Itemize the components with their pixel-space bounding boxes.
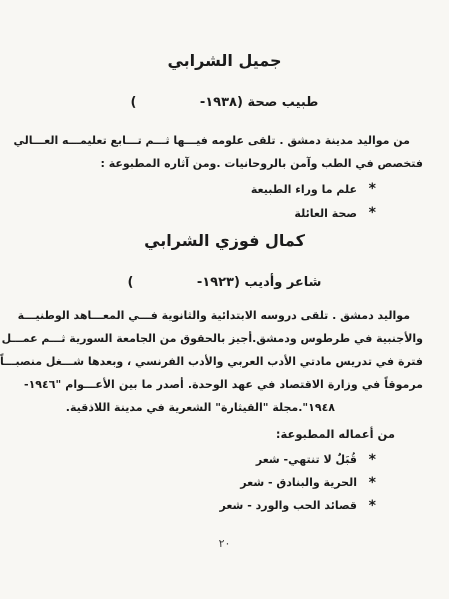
entry1-bio-paragraph: من مواليد مدينة دمشق . تلقى علومه فيـــه… xyxy=(24,129,423,175)
asterisk-bullet-icon: * xyxy=(368,478,376,488)
bio-line: والأجنبية في طرطوس ودمشق.أجيز بالحقوق من… xyxy=(24,327,423,350)
entry1-name: جميل الشرابي xyxy=(0,0,449,72)
bio-line: فتخصص في الطب وآمن بالروحانيات .ومن آثار… xyxy=(24,152,423,175)
work-title: علم ما وراء الطبيعة xyxy=(251,183,357,196)
work-title: الحرية والبنادق - شعر xyxy=(240,476,357,489)
work-item: * قصائد الحب والورد - شعر xyxy=(0,494,376,517)
work-item: * علم ما وراء الطبيعة xyxy=(0,177,376,201)
entry1-role-years: طبيب صحة (١٩٣٨- ) xyxy=(0,94,449,112)
entry2-works-intro: من أعماله المطبوعة: xyxy=(0,425,395,443)
scanned-book-page: جميل الشرابي طبيب صحة (١٩٣٨- ) من مواليد… xyxy=(0,0,449,599)
work-item: * صحة العائلة xyxy=(0,201,376,225)
entry2-name: كمال فوزي الشرابي xyxy=(0,230,449,252)
work-title: قصائد الحب والورد - شعر xyxy=(220,499,358,512)
page-number: ٢٠ xyxy=(0,537,449,550)
asterisk-bullet-icon: * xyxy=(368,501,376,511)
bio-line: من مواليد مدينة دمشق . تلقى علومه فيـــه… xyxy=(24,129,423,152)
work-item: * الحرية والبنادق - شعر xyxy=(0,471,376,494)
entry2-works-list: * قُبَلٌ لا تنتهي- شعر * الحرية والبنادق… xyxy=(0,448,376,517)
work-item: * قُبَلٌ لا تنتهي- شعر xyxy=(0,448,376,471)
bio-line: مرموقاً في وزارة الاقتصاد في عهد الوحدة.… xyxy=(24,373,423,396)
asterisk-bullet-icon: * xyxy=(368,184,376,194)
bio-line: ١٩٤٨".مجلة "القيثارة" الشعرية في مدينة ا… xyxy=(24,396,423,419)
asterisk-bullet-icon: * xyxy=(368,208,376,218)
bio-line: مواليد دمشق . تلقى دروسه الابتدائية والث… xyxy=(24,304,423,327)
entry1-works-list: * علم ما وراء الطبيعة * صحة العائلة xyxy=(0,177,376,225)
work-title: صحة العائلة xyxy=(294,207,357,220)
entry2-role-years: شاعر وأديب (١٩٢٣- ) xyxy=(0,274,449,292)
bio-line: فترة في تدريس مادتي الأدب العربي والأدب … xyxy=(24,350,423,373)
asterisk-bullet-icon: * xyxy=(368,455,376,465)
work-title: قُبَلٌ لا تنتهي- شعر xyxy=(256,453,357,466)
entry2-bio-paragraph: مواليد دمشق . تلقى دروسه الابتدائية والث… xyxy=(24,304,423,419)
